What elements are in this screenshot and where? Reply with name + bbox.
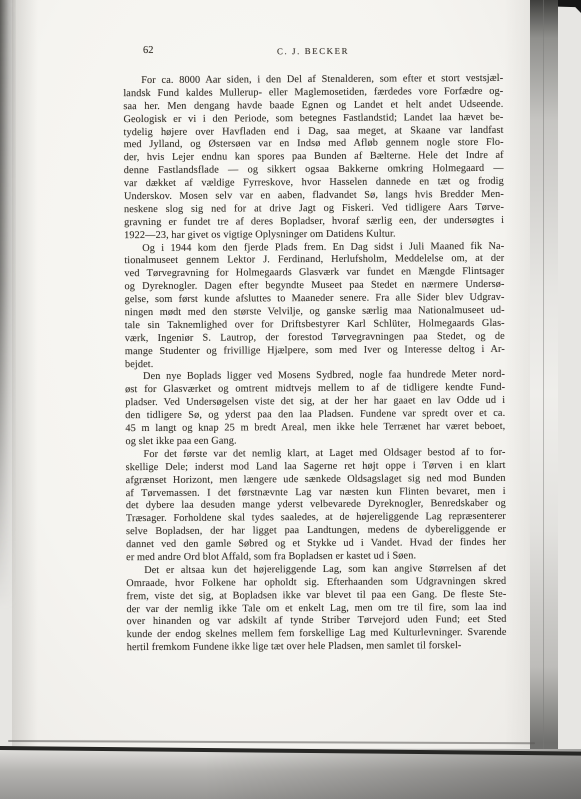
paragraph: For det første var det nemlig klart, at … xyxy=(125,447,506,565)
body-text: For ca. 8000 Aar siden, i den Del af Ste… xyxy=(123,73,507,655)
text-line: gravning er fundet tre af deres Bopladse… xyxy=(124,215,504,230)
page-edge-line xyxy=(543,0,544,758)
book-page: 62 C. J. BECKER For ca. 8000 Aar siden, … xyxy=(12,0,530,748)
text-line: mange Studenter og frivillige Hjælpere, … xyxy=(125,344,505,359)
page-content: 62 C. J. BECKER For ca. 8000 Aar siden, … xyxy=(123,43,507,655)
paragraph: Og i 1944 kom den fjerde Plads frem. En … xyxy=(124,240,505,371)
paragraph: For ca. 8000 Aar siden, i den Del af Ste… xyxy=(123,73,504,243)
page-number: 62 xyxy=(143,45,154,57)
text-line: dannet ved den gamle Søbred og et Stykke… xyxy=(126,537,506,552)
scanner-background-bottom xyxy=(0,749,581,799)
text-line: hertil fremkom Fundene ikke lige tæt ove… xyxy=(127,640,507,655)
scanned-book-page: 62 C. J. BECKER For ca. 8000 Aar siden, … xyxy=(0,0,581,799)
paragraph: Det er altsaa kun det højereliggende Lag… xyxy=(126,563,507,656)
book-spine-shadow-left xyxy=(0,0,16,636)
page-header: 62 C. J. BECKER xyxy=(123,43,503,58)
running-header: C. J. BECKER xyxy=(277,45,349,57)
book-page-edges-right xyxy=(530,0,558,758)
text-line: 45 m langt og knap 25 m bredt Areal, men… xyxy=(125,421,505,436)
paragraph: Den nye Boplads ligger ved Mosens Sydbre… xyxy=(125,369,505,449)
